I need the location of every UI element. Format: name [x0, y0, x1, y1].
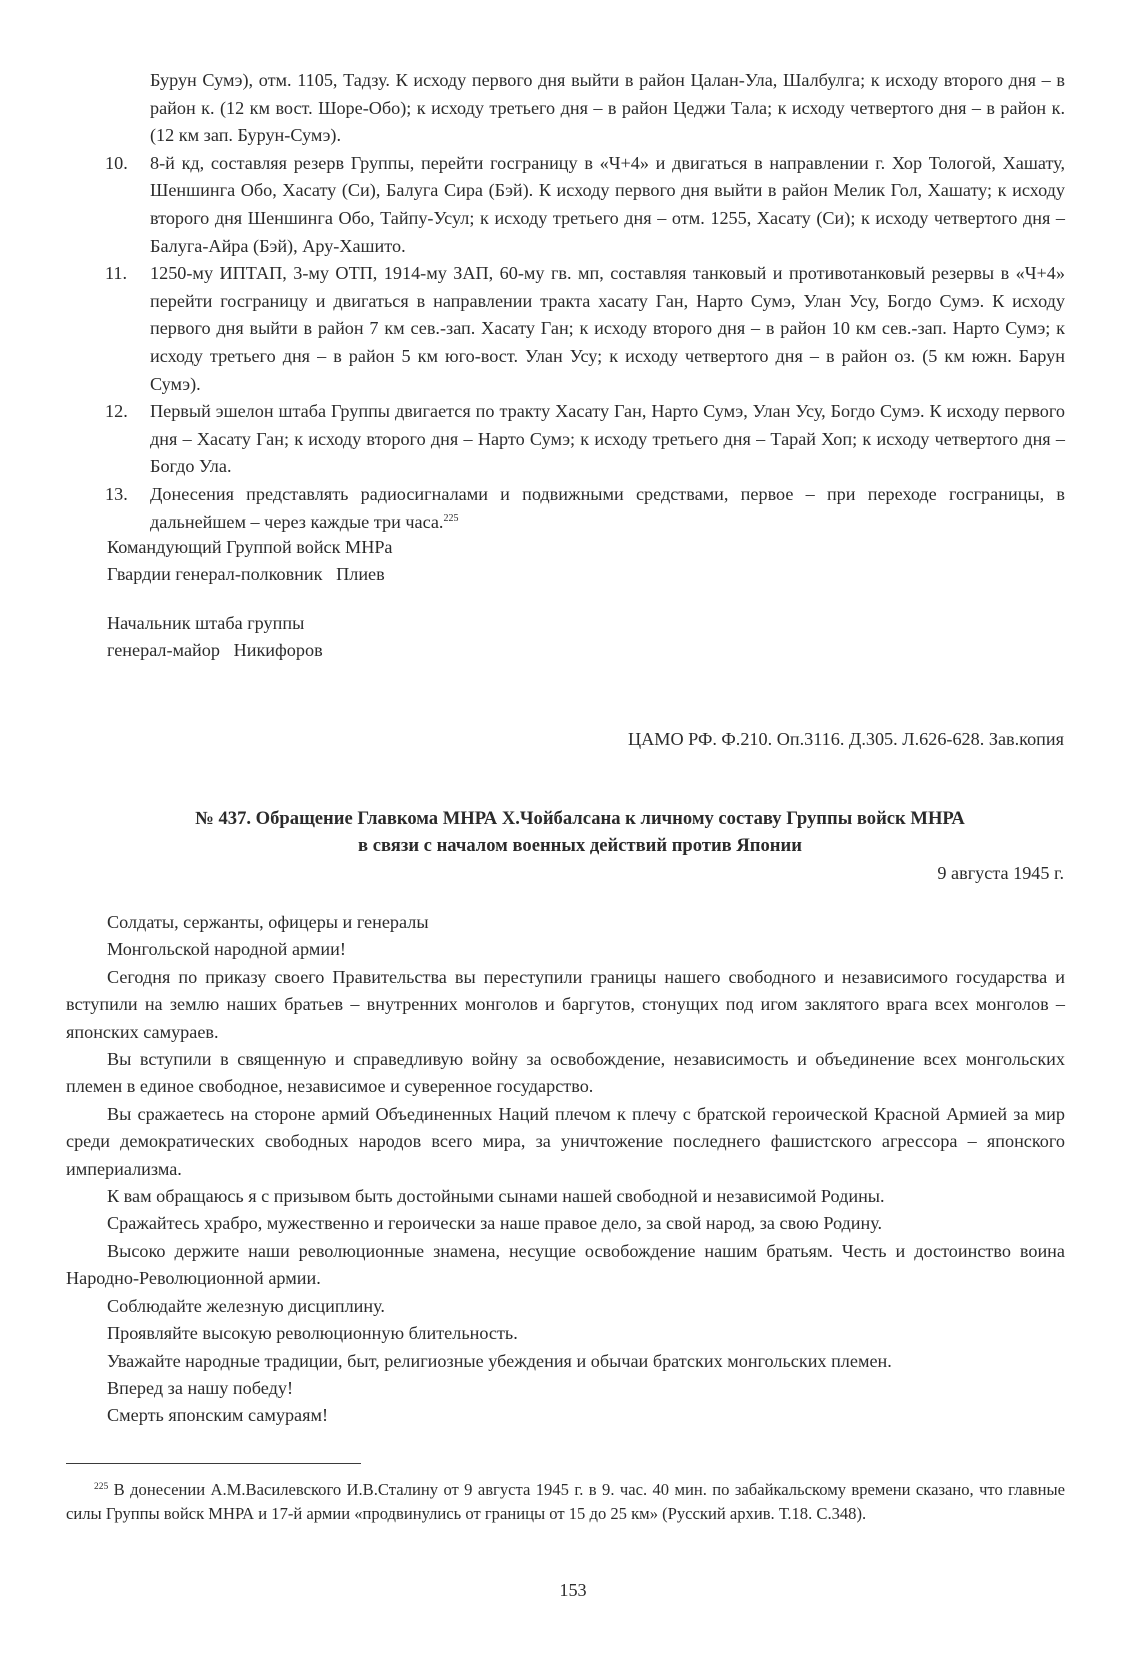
- signature-commander: Командующий Группой войск МНРа Гвардии г…: [107, 534, 393, 588]
- continuation-text: Бурун Сумэ), отм. 1105, Тадзу. К исходу …: [105, 67, 1065, 536]
- paragraph: Вы сражаетесь на стороне армий Объединен…: [66, 1101, 1065, 1183]
- paragraph: Смерть японским самураям!: [66, 1402, 1065, 1429]
- item-number: 12.: [105, 398, 145, 426]
- footnote-reference[interactable]: 225: [443, 513, 458, 524]
- paragraph: Сегодня по приказу своего Правительства …: [66, 964, 1065, 1046]
- list-item: 11. 1250-му ИПТАП, 3-му ОТП, 1914-му ЗАП…: [105, 260, 1065, 398]
- item-text: Первый эшелон штаба Группы двигается по …: [150, 401, 1065, 476]
- document-date: 9 августа 1945 г.: [937, 863, 1064, 884]
- list-item: 10. 8-й кд, составляя резерв Группы, пер…: [105, 150, 1065, 260]
- item-number: 13.: [105, 481, 145, 509]
- list-item: 12. Первый эшелон штаба Группы двигается…: [105, 398, 1065, 481]
- item-text: 8-й кд, составляя резерв Группы, перейти…: [150, 153, 1065, 256]
- signature-title: Командующий Группой войск МНРа: [107, 534, 393, 561]
- signature-title: Начальник штаба группы: [107, 610, 323, 637]
- paragraph: Сражайтесь храбро, мужественно и героиче…: [66, 1210, 1065, 1237]
- document-page: Бурун Сумэ), отм. 1105, Тадзу. К исходу …: [0, 0, 1146, 1654]
- paragraph: Высоко держите наши революционные знамен…: [66, 1238, 1065, 1293]
- paragraph: Соблюдайте железную дисциплину.: [66, 1293, 1065, 1320]
- paragraph: Вы вступили в священную и справедливую в…: [66, 1046, 1065, 1101]
- paragraph: Проявляйте высокую революционную блитель…: [66, 1320, 1065, 1347]
- footnote: 225 В донесении А.М.Василевского И.В.Ста…: [66, 1478, 1065, 1526]
- paragraph: К вам обращаюсь я с призывом быть достой…: [66, 1183, 1065, 1210]
- document-title-line-2: в связи с началом военных действий проти…: [60, 832, 1100, 859]
- page-number: 153: [0, 1580, 1146, 1601]
- signature-name: Гвардии генерал-полковник Плиев: [107, 561, 393, 588]
- signature-chief-of-staff: Начальник штаба группы генерал-майор Ник…: [107, 610, 323, 664]
- paragraph: Вперед за нашу победу!: [66, 1375, 1065, 1402]
- footnote-number: 225: [94, 1482, 108, 1492]
- document-title: № 437. Обращение Главкома МНРА Х.Чойбалс…: [60, 805, 1100, 859]
- list-item: 13. Донесения представлять радиосигналам…: [105, 481, 1065, 536]
- footnote-divider: [66, 1463, 361, 1464]
- item-number: 11.: [105, 260, 145, 288]
- document-body: Солдаты, сержанты, офицеры и генералы Мо…: [66, 909, 1065, 1430]
- archive-reference: ЦАМО РФ. Ф.210. Оп.3116. Д.305. Л.626-62…: [628, 729, 1064, 750]
- salutation: Солдаты, сержанты, офицеры и генералы: [66, 909, 1065, 936]
- item-9-continuation: Бурун Сумэ), отм. 1105, Тадзу. К исходу …: [105, 67, 1065, 150]
- paragraph: Уважайте народные традиции, быт, религио…: [66, 1348, 1065, 1375]
- signature-name: генерал-майор Никифоров: [107, 637, 323, 664]
- document-title-line-1: № 437. Обращение Главкома МНРА Х.Чойбалс…: [60, 805, 1100, 832]
- item-text: Донесения представлять радиосигналами и …: [150, 484, 1065, 532]
- salutation: Монгольской народной армии!: [66, 936, 1065, 963]
- footnote-text: В донесении А.М.Василевского И.В.Сталину…: [66, 1480, 1065, 1523]
- item-text: 1250-му ИПТАП, 3-му ОТП, 1914-му ЗАП, 60…: [150, 263, 1065, 393]
- item-number: 10.: [105, 150, 145, 178]
